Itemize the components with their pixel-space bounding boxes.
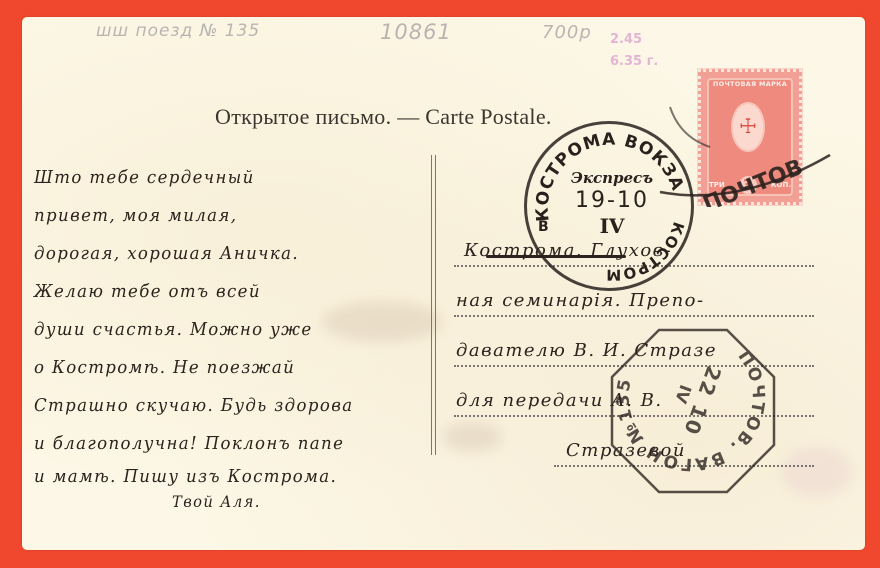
postmark-date: 19-10 <box>567 187 657 215</box>
postcard-back: шш поезд № 135 10861 700р 2.45 6.35 г. О… <box>22 17 865 550</box>
vertical-divider <box>431 155 436 455</box>
violet-marks: 2.45 6.35 г. <box>610 29 658 73</box>
postmark-month: IV <box>567 215 657 237</box>
postmark-service: Экспресъ <box>567 169 657 187</box>
message-line: и благополучна! Поклонъ папе <box>34 425 395 463</box>
message-text: Што тебе сердечный привет, моя милая, до… <box>34 159 426 513</box>
message-line: дорогая, хорошая Аничка. <box>34 235 395 273</box>
pencil-inventory-number: 10861 <box>380 20 452 44</box>
message-line: души счастья. Можно уже <box>34 311 395 349</box>
violet-mark: 2.45 <box>610 29 658 51</box>
message-line: привет, моя милая, <box>34 197 395 235</box>
signature: Твой Аля. <box>34 491 395 513</box>
postmark-center: Экспресъ 19-10 IV <box>567 169 657 237</box>
pencil-note: шш поезд № 135 <box>96 21 260 41</box>
message-line: Желаю тебе отъ всей <box>34 273 395 311</box>
stamp-label: ПОЧТОВАЯ МАРКА <box>709 80 791 88</box>
message-line: и мамѣ. Пишу изъ Кострома. <box>34 463 395 491</box>
postmark-railway-car: ПОЧТОВ. ВАГОН №135 22 10 IV <box>604 322 782 500</box>
postmark-kostroma: КОСТРОМА ВОКЗАЛ КОСТРОМА В Экспресъ 19-1… <box>524 121 694 291</box>
svg-text:ПОЧТОВ: ПОЧТОВ <box>700 155 807 207</box>
message-line: о Костромѣ. Не поезжай <box>34 349 395 387</box>
violet-mark: 6.35 г. <box>610 51 658 73</box>
message-line: Што тебе сердечный <box>34 159 395 197</box>
pencil-price: 700р <box>542 22 592 43</box>
message-line: Страшно скучаю. Будь здорова <box>34 387 395 425</box>
svg-text:В: В <box>538 219 549 235</box>
card-title: Открытое письмо. — Carte Postale. <box>215 104 552 130</box>
